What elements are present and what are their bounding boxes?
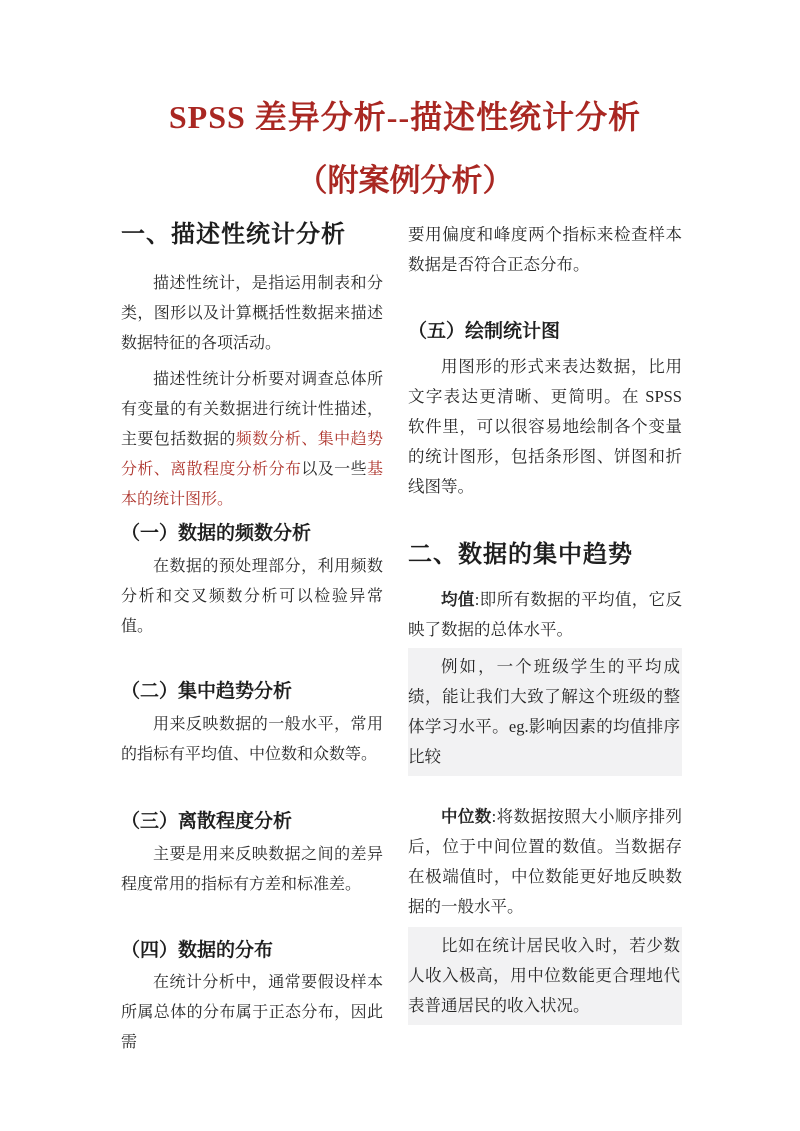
document-page: SPSS 差异分析--描述性统计分析 （附案例分析） 一、描述性统计分析 描述性… <box>0 0 800 1131</box>
subsection-3-heading: （三）离散程度分析 <box>121 808 383 836</box>
descriptive-stats-intro-paragraph: 描述性统计，是指运用制表和分类，图形以及计算概括性数据来描述数据特征的各项活动。 <box>121 269 383 359</box>
dispersion-paragraph: 主要是用来反映数据之间的差异程度常用的指标有方差和标准差。 <box>121 840 383 900</box>
subsection-1-heading: （一）数据的频数分析 <box>121 520 383 548</box>
right-column: 要用偏度和峰度两个指标来检查样本数据是否符合正态分布。 （五）绘制统计图 用图形… <box>408 215 682 1025</box>
distribution-paragraph: 在统计分析中，通常要假设样本所属总体的分布属于正态分布，因此需 <box>121 968 383 1058</box>
central-tendency-paragraph: 用来反映数据的一般水平，常用的指标有平均值、中位数和众数等。 <box>121 710 383 770</box>
mean-definition-paragraph: 均值:即所有数据的平均值，它反映了数据的总体水平。 <box>408 585 682 645</box>
median-term: 中位数 <box>441 807 492 826</box>
subsection-4-heading: （四）数据的分布 <box>121 937 383 965</box>
document-title: SPSS 差异分析--描述性统计分析 <box>110 92 700 138</box>
descriptive-stats-scope-paragraph: 描述性统计分析要对调查总体所有变量的有关数据进行统计性描述，主要包括数据的频数分… <box>121 365 383 515</box>
section-2-heading: 二、数据的集中趋势 <box>408 538 682 572</box>
mean-term: 均值 <box>441 590 475 609</box>
section-1-heading: 一、描述性统计分析 <box>121 218 383 252</box>
text-run: 以及一些 <box>301 461 367 478</box>
frequency-analysis-paragraph: 在数据的预处理部分，利用频数分析和交叉频数分析可以检验异常值。 <box>121 552 383 642</box>
document-subtitle: （附案例分析） <box>110 155 700 200</box>
left-column: 一、描述性统计分析 描述性统计，是指运用制表和分类，图形以及计算概括性数据来描述… <box>121 218 383 1058</box>
subsection-5-heading: （五）绘制统计图 <box>408 318 682 346</box>
median-definition-paragraph: 中位数:将数据按照大小顺序排列后，位于中间位置的数值。当数据存在极端值时，中位数… <box>408 802 682 922</box>
mean-example-paragraph: 例如，一个班级学生的平均成绩，能让我们大致了解这个班级的整体学习水平。eg.影响… <box>408 652 680 772</box>
subsection-2-heading: （二）集中趋势分析 <box>121 678 383 706</box>
median-example-highlight: 比如在统计居民收入时，若少数人收入极高，用中位数能更合理地代表普通居民的收入状况… <box>408 927 682 1025</box>
distribution-paragraph-continued: 要用偏度和峰度两个指标来检查样本数据是否符合正态分布。 <box>408 220 682 280</box>
mean-example-highlight: 例如，一个班级学生的平均成绩，能让我们大致了解这个班级的整体学习水平。eg.影响… <box>408 648 682 776</box>
charting-paragraph: 用图形的形式来表达数据，比用文字表达更清晰、更简明。在 SPSS 软件里，可以很… <box>408 352 682 502</box>
median-example-paragraph: 比如在统计居民收入时，若少数人收入极高，用中位数能更合理地代表普通居民的收入状况… <box>408 931 680 1021</box>
